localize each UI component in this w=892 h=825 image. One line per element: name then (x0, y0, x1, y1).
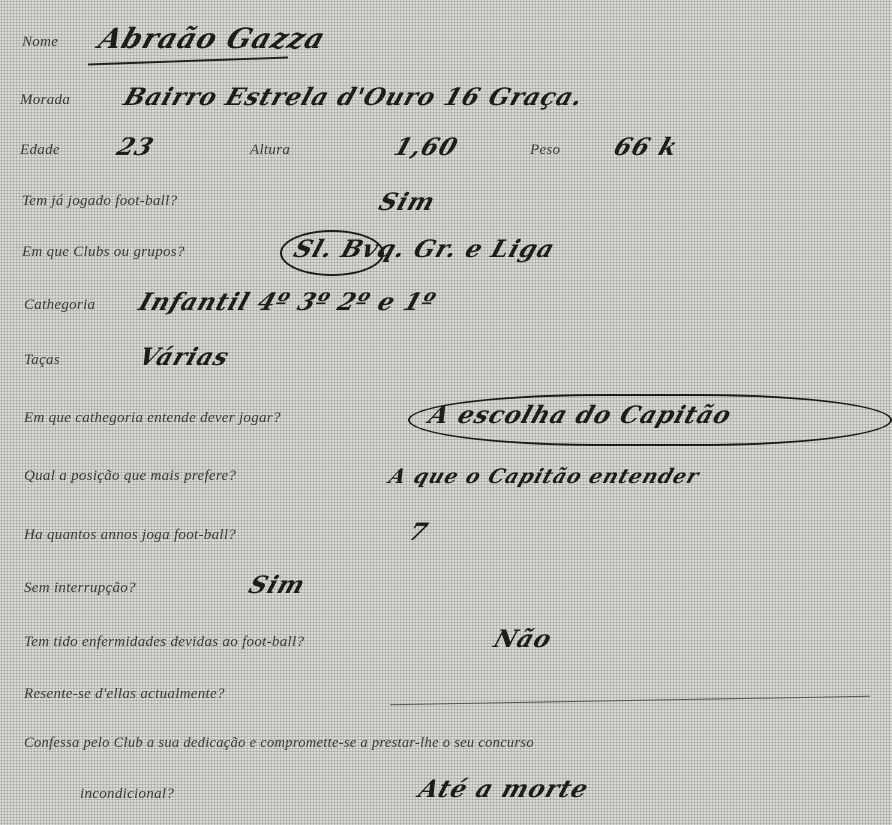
answer-cathegoria-jogar: A escolha do Capitão (425, 400, 736, 429)
label-posicao: Qual a posição que mais prefere? (24, 468, 236, 485)
answer-confessa: Até a morte (415, 774, 593, 803)
label-tem-jogado: Tem já jogado foot-ball? (22, 193, 177, 210)
answer-tacas: Várias (135, 342, 233, 371)
field-morada: Morada Bairro Estrela d'Ouro 16 Graça. (0, 80, 892, 120)
answer-annos: 7 (405, 517, 432, 546)
label-resente: Resente-se d'ellas actualmente? (24, 686, 225, 703)
label-nome: Nome (22, 34, 58, 51)
field-enfermidades: Tem tido enfermidades devidas ao foot-ba… (0, 622, 892, 662)
label-altura: Altura (250, 142, 290, 159)
field-confessa: Confessa pelo Club a sua dedicação e com… (0, 725, 892, 765)
label-edade: Edade (20, 142, 60, 159)
answer-morada: Bairro Estrela d'Ouro 16 Graça. (120, 82, 587, 111)
label-annos: Ha quantos annos joga foot-ball? (24, 527, 236, 544)
field-tacas: Taças Várias (0, 340, 892, 380)
label-clubs: Em que Clubs ou grupos? (22, 244, 185, 261)
answer-interrupcao: Sim (245, 570, 309, 599)
field-cathegoria: Cathegoria Infantil 4º 3º 2º e 1º (0, 285, 892, 325)
field-cathegoria-jogar: Em que cathegoria entende dever jogar? A… (0, 398, 892, 438)
answer-enfermidades: Não (490, 624, 556, 653)
field-posicao: Qual a posição que mais prefere? A que o… (0, 458, 892, 498)
field-confessa-cont: incondicional? Até a morte (0, 772, 892, 812)
label-confessa-cont: incondicional? (80, 786, 174, 803)
answer-nome: Abraão Gazza (95, 22, 330, 55)
registration-form: Nome Abraão Gazza Morada Bairro Estrela … (0, 0, 892, 825)
label-cathegoria: Cathegoria (24, 297, 95, 314)
answer-altura: 1,60 (390, 132, 462, 161)
field-clubs: Em que Clubs ou grupos? Sl. Bvq. Gr. e L… (0, 232, 892, 272)
blank-answer-line (390, 696, 870, 705)
label-peso: Peso (530, 142, 560, 159)
field-nome: Nome Abraão Gazza (0, 20, 892, 60)
label-morada: Morada (20, 92, 70, 109)
answer-cathegoria: Infantil 4º 3º 2º e 1º (135, 287, 440, 316)
answer-edade: 23 (113, 132, 158, 161)
answer-peso: 66 k (610, 132, 682, 161)
field-edade-altura-peso: Edade 23 Altura 1,60 Peso 66 k (0, 130, 892, 170)
field-resente: Resente-se d'ellas actualmente? (0, 676, 892, 716)
field-annos: Ha quantos annos joga foot-ball? 7 (0, 515, 892, 555)
field-tem-jogado: Tem já jogado foot-ball? Sim (0, 185, 892, 225)
label-enfermidades: Tem tido enfermidades devidas ao foot-ba… (24, 634, 304, 651)
label-cathegoria-jogar: Em que cathegoria entende dever jogar? (24, 410, 281, 427)
flourish-line (88, 57, 288, 66)
label-interrupcao: Sem interrupção? (24, 580, 136, 597)
answer-tem-jogado: Sim (375, 187, 439, 216)
label-tacas: Taças (24, 352, 60, 369)
label-confessa: Confessa pelo Club a sua dedicação e com… (24, 735, 534, 752)
answer-posicao: A que o Capitão entender (386, 464, 703, 488)
answer-clubs: Sl. Bvq. Gr. e Liga (290, 234, 559, 263)
field-interrupcao: Sem interrupção? Sim (0, 568, 892, 608)
